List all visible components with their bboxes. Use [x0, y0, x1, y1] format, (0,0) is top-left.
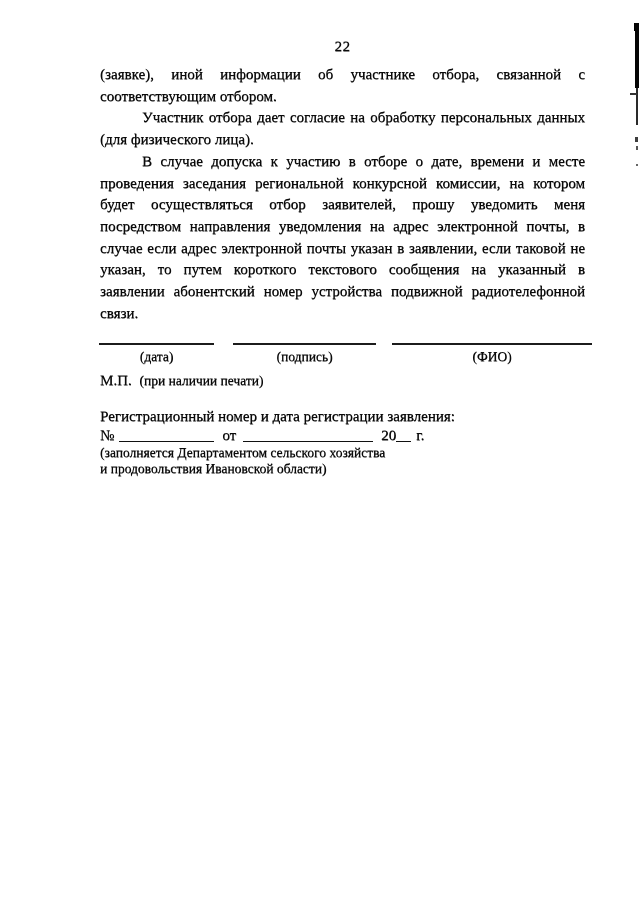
signature-label-signature: (подпись): [276, 349, 332, 364]
number-sign: №: [100, 428, 114, 444]
registration-number-line: №от20г.: [100, 428, 424, 445]
registration-footnote: (заполняется Департаментом сельского хоз…: [100, 445, 385, 476]
document-body: (заявке), иной информации об участнике о…: [100, 65, 585, 325]
body-paragraph-consent: Участник отбора дает согласие на обработ…: [100, 108, 585, 151]
from-label: от: [222, 428, 236, 444]
scan-edge-artifact: [636, 146, 638, 150]
scan-edge-artifact: [630, 93, 637, 95]
registration-date-blank: [243, 438, 373, 442]
stamp-note: (при наличии печати): [139, 373, 263, 388]
signature-label-fullname: (ФИО): [472, 349, 511, 364]
registration-footnote-line-1: (заполняется Департаментом сельского хоз…: [100, 445, 385, 461]
registration-number-blank: [119, 438, 214, 442]
scan-edge-artifact: [635, 23, 639, 88]
year-blank: [396, 438, 411, 442]
stamp-mark-line: М.П. (при наличии печати): [100, 373, 263, 390]
body-paragraph-notification: В случае допуска к участию в отборе о да…: [100, 152, 585, 326]
stamp-abbr: М.П.: [100, 373, 132, 389]
year-prefix: 20: [381, 428, 396, 444]
year-suffix: г.: [416, 428, 424, 444]
signature-field-fullname: (ФИО): [392, 343, 592, 365]
document-page: 22 (заявке), иной информации об участник…: [0, 0, 640, 905]
page-number: 22: [100, 39, 585, 56]
scan-edge-artifact: [636, 164, 638, 166]
registration-footnote-line-2: и продовольствия Ивановской области): [100, 461, 385, 477]
signature-field-signature: (подпись): [233, 343, 376, 365]
signature-field-date: (дата): [99, 343, 214, 365]
signature-label-date: (дата): [140, 349, 174, 364]
scan-edge-artifact: [635, 137, 638, 142]
body-paragraph-continuation: (заявке), иной информации об участнике о…: [100, 65, 585, 108]
registration-heading: Регистрационный номер и дата регистрации…: [100, 409, 455, 426]
